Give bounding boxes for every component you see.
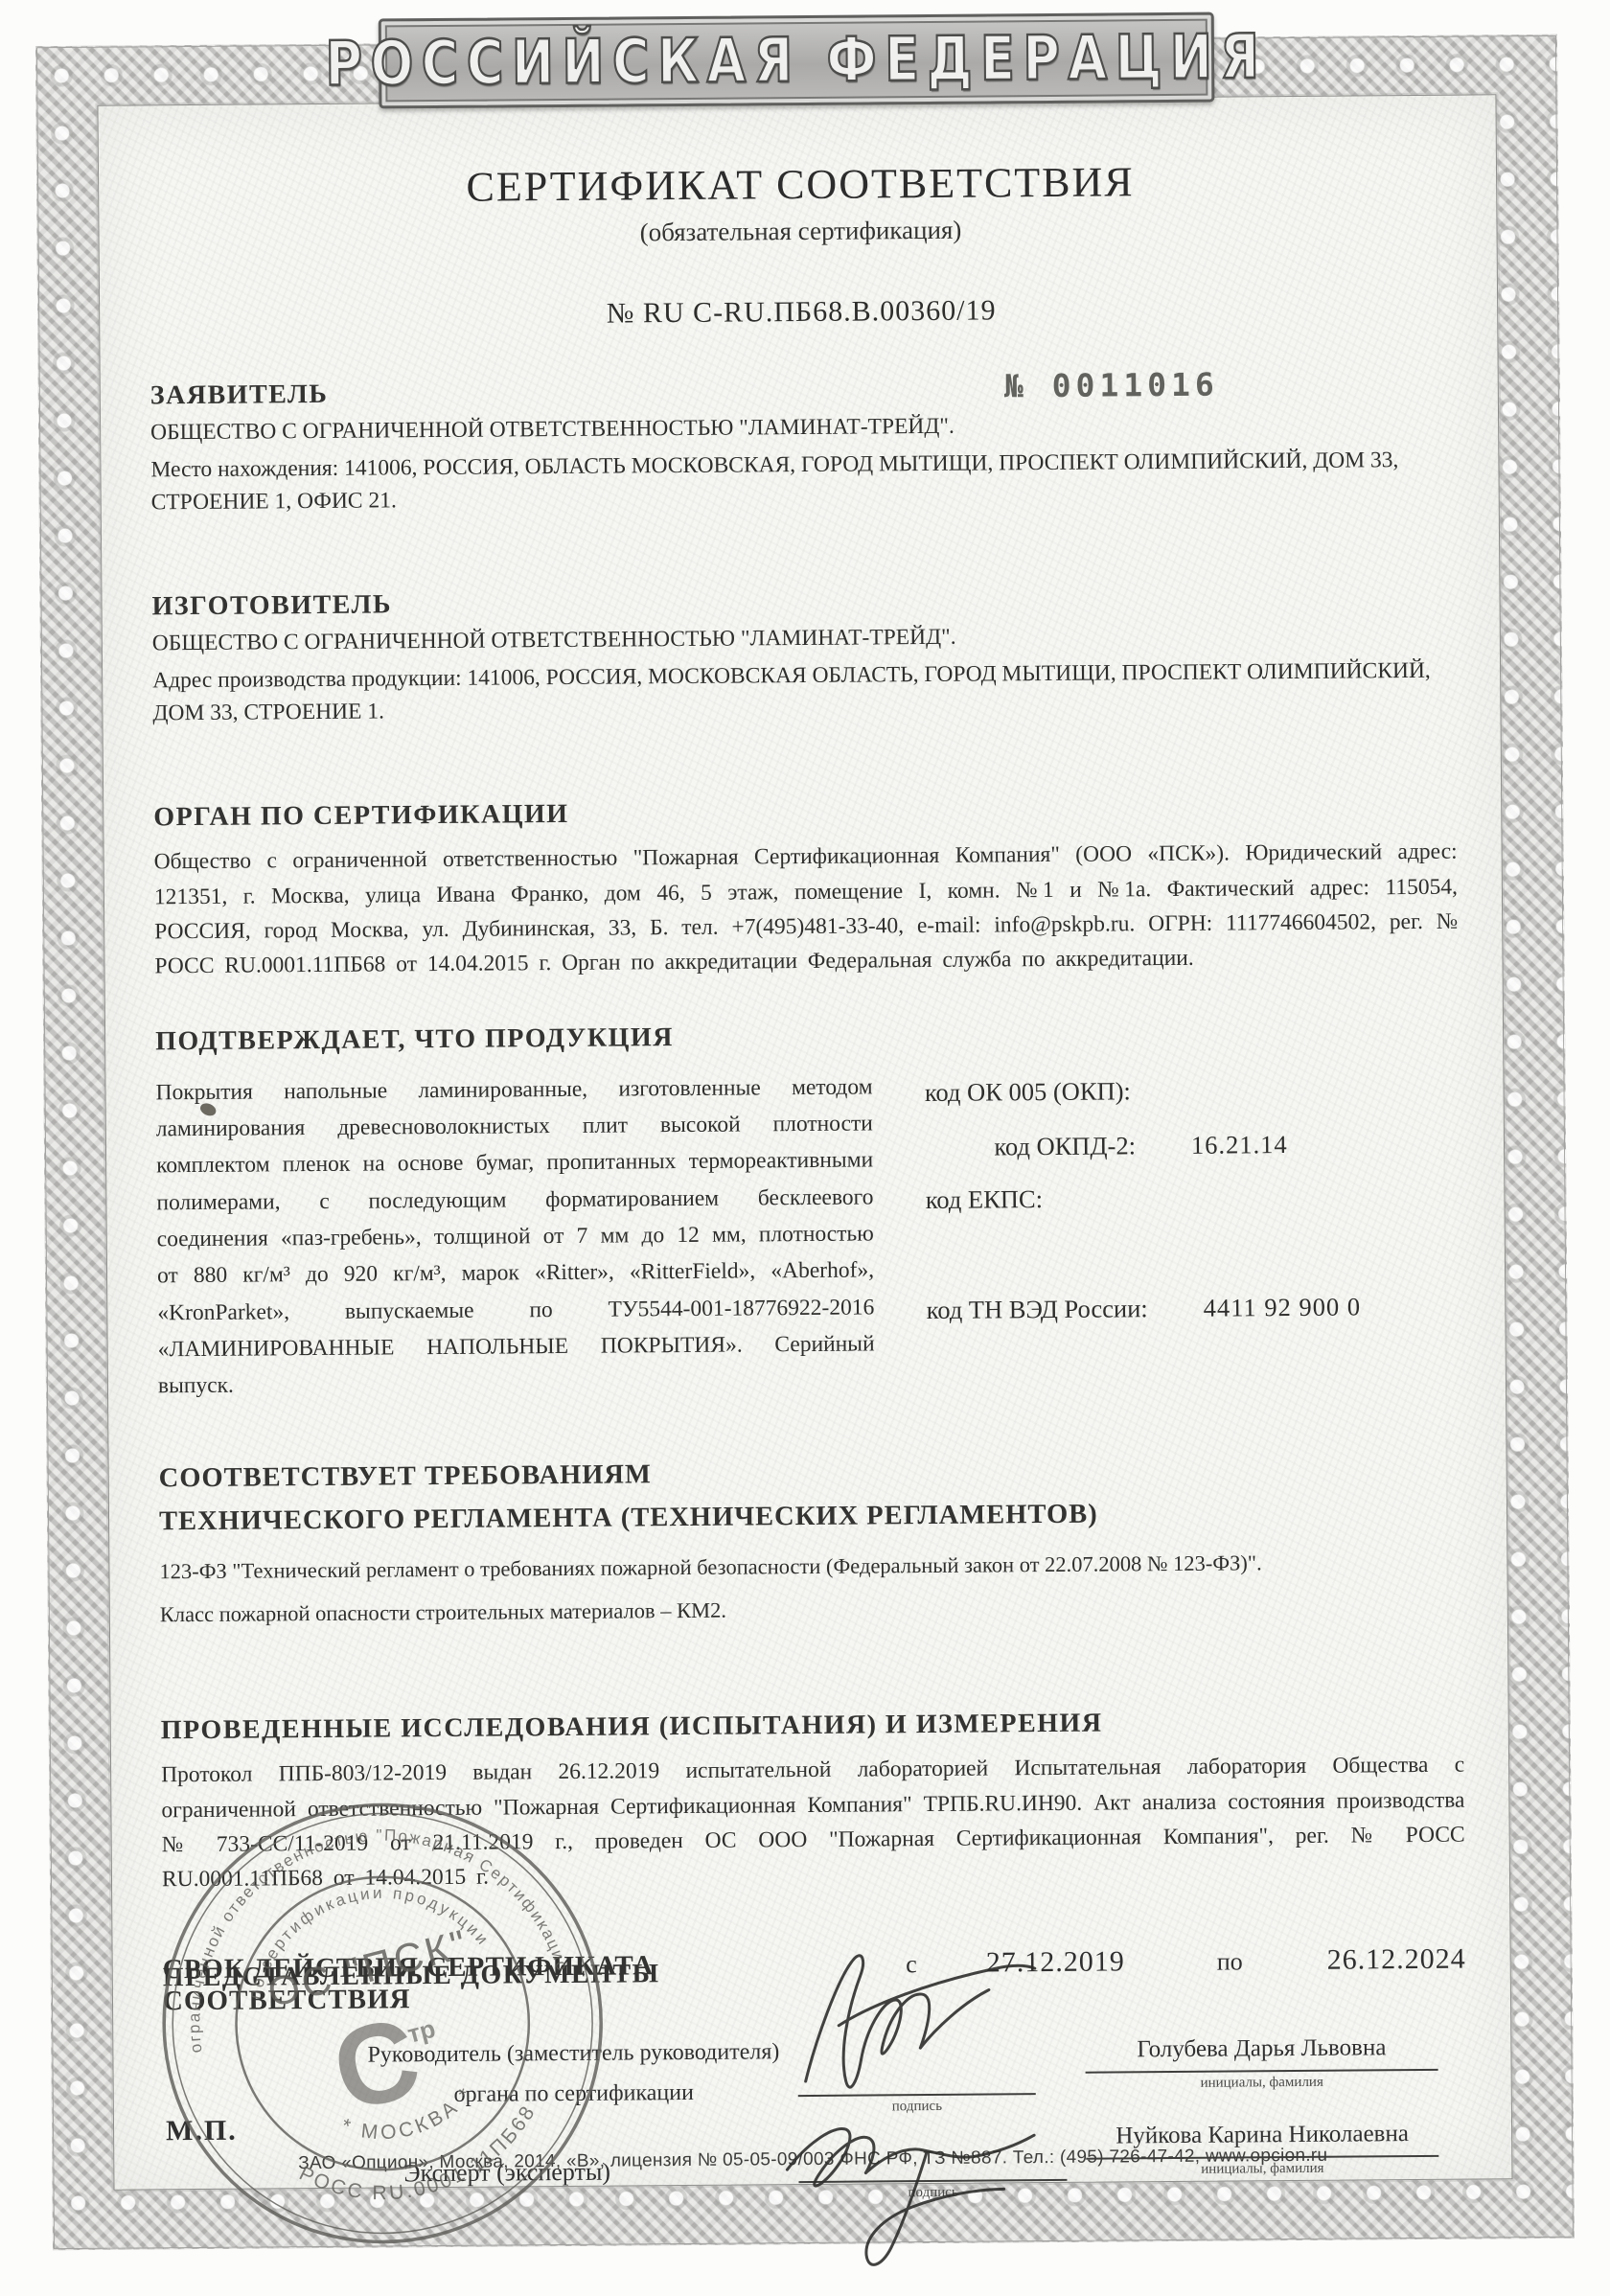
manufacturer-address: Адрес производства продукции: 141006, РО… xyxy=(152,655,1456,729)
federation-banner: РОССИЙСКАЯ ФЕДЕРАЦИЯ xyxy=(379,12,1215,109)
product-section: ПОДТВЕРЖДАЕТ, ЧТО ПРОДУКЦИЯ Покрытия нап… xyxy=(155,1016,1461,1404)
code-okp-row: код ОК 005 (ОКП): xyxy=(925,1073,1460,1107)
certification-body-heading: ОРГАН ПО СЕРТИФИКАЦИИ xyxy=(153,792,1457,834)
certificate-number: № RU C-RU.ПБ68.В.00360/19 xyxy=(149,291,1453,334)
product-description: Покрытия напольные ламинированные, изгот… xyxy=(155,1068,875,1405)
code-ekps-row: код ЕКПС: xyxy=(926,1181,1460,1214)
blank-serial-number: № 0011016 xyxy=(1004,366,1219,405)
tests-heading: ПРОВЕДЕННЫЕ ИССЛЕДОВАНИЯ (ИСПЫТАНИЯ) И И… xyxy=(161,1706,1464,1747)
head-name-field: Голубева Дарья Львовна инициалы, фамилия xyxy=(1085,2034,1437,2093)
code-tnved-row: код ТН ВЭД России: 4411 92 900 0 xyxy=(927,1291,1461,1324)
compliance-heading-line2: ТЕХНИЧЕСКОГО РЕГЛАМЕНТА (ТЕХНИЧЕСКИХ РЕГ… xyxy=(159,1490,1462,1544)
code-tnved-label: код ТН ВЭД России: xyxy=(927,1294,1148,1325)
certificate-sheet: СЕРТИФИКАТ СООТВЕТСТВИЯ (обязательная се… xyxy=(28,17,1582,2276)
certification-body-section: ОРГАН ПО СЕРТИФИКАЦИИ Общество с огранич… xyxy=(153,792,1458,984)
certification-body-text: Общество с ограниченной ответственностью… xyxy=(154,835,1459,984)
manufacturer-name: ОБЩЕСТВО С ОГРАНИЧЕННОЙ ОТВЕТСТВЕННОСТЬЮ… xyxy=(152,618,1456,660)
manufacturer-heading: ИЗГОТОВИТЕЛЬ xyxy=(151,582,1455,623)
product-codes: код ОК 005 (ОКП): код ОКПД-2: 16.21.14 к… xyxy=(925,1064,1461,1398)
document-subtitle: (обязательная сертификация) xyxy=(149,212,1452,252)
validity-to-date: 26.12.2024 xyxy=(1327,1943,1466,1977)
applicant-address: Место нахождения: 141006, РОССИЯ, ОБЛАСТ… xyxy=(150,445,1454,518)
manufacturer-section: ИЗГОТОВИТЕЛЬ ОБЩЕСТВО С ОГРАНИЧЕННОЙ ОТВ… xyxy=(151,582,1456,730)
product-heading: ПОДТВЕРЖДАЕТ, ЧТО ПРОДУКЦИЯ xyxy=(155,1016,1459,1057)
applicant-name: ОБЩЕСТВО С ОГРАНИЧЕННОЙ ОТВЕТСТВЕННОСТЬЮ… xyxy=(150,407,1454,449)
head-name-caption: инициалы, фамилия xyxy=(1086,2074,1438,2093)
expert-signature-image xyxy=(739,2076,1086,2280)
compliance-section: СООТВЕТСТВУЕТ ТРЕБОВАНИЯМ ТЕХНИЧЕСКОГО Р… xyxy=(159,1446,1463,1631)
code-tnved-value: 4411 92 900 0 xyxy=(1204,1292,1362,1322)
compliance-fire-class: Класс пожарной опасности строительных ма… xyxy=(160,1589,1463,1631)
code-ekps-label: код ЕКПС: xyxy=(926,1184,1043,1215)
validity-to-label: по xyxy=(1217,1947,1243,1976)
applicant-header-row: ЗАЯВИТЕЛЬ № 0011016 xyxy=(150,364,1454,412)
document-title: СЕРТИФИКАТ СООТВЕТСТВИЯ xyxy=(149,155,1452,215)
code-okpd2-label: код ОКПД-2: xyxy=(994,1131,1136,1161)
federation-banner-title: РОССИЙСКАЯ ФЕДЕРАЦИЯ xyxy=(325,21,1267,100)
applicant-heading: ЗАЯВИТЕЛЬ xyxy=(150,379,329,411)
head-name: Голубева Дарья Львовна xyxy=(1085,2034,1437,2072)
code-okpd2-row: код ОКПД-2: 16.21.14 xyxy=(925,1128,1460,1161)
code-okp-label: код ОК 005 (ОКП): xyxy=(925,1076,1131,1108)
compliance-regulation: 123-ФЗ "Технический регламент о требован… xyxy=(159,1545,1462,1587)
code-okpd2-value: 16.21.14 xyxy=(1191,1130,1288,1160)
stamp-mark-sub: тр xyxy=(404,2014,438,2049)
stamp-mark-letter: С xyxy=(321,1993,432,2136)
federation-banner-frame: РОССИЙСКАЯ ФЕДЕРАЦИЯ xyxy=(379,12,1215,109)
product-row: Покрытия напольные ламинированные, изгот… xyxy=(155,1064,1461,1404)
